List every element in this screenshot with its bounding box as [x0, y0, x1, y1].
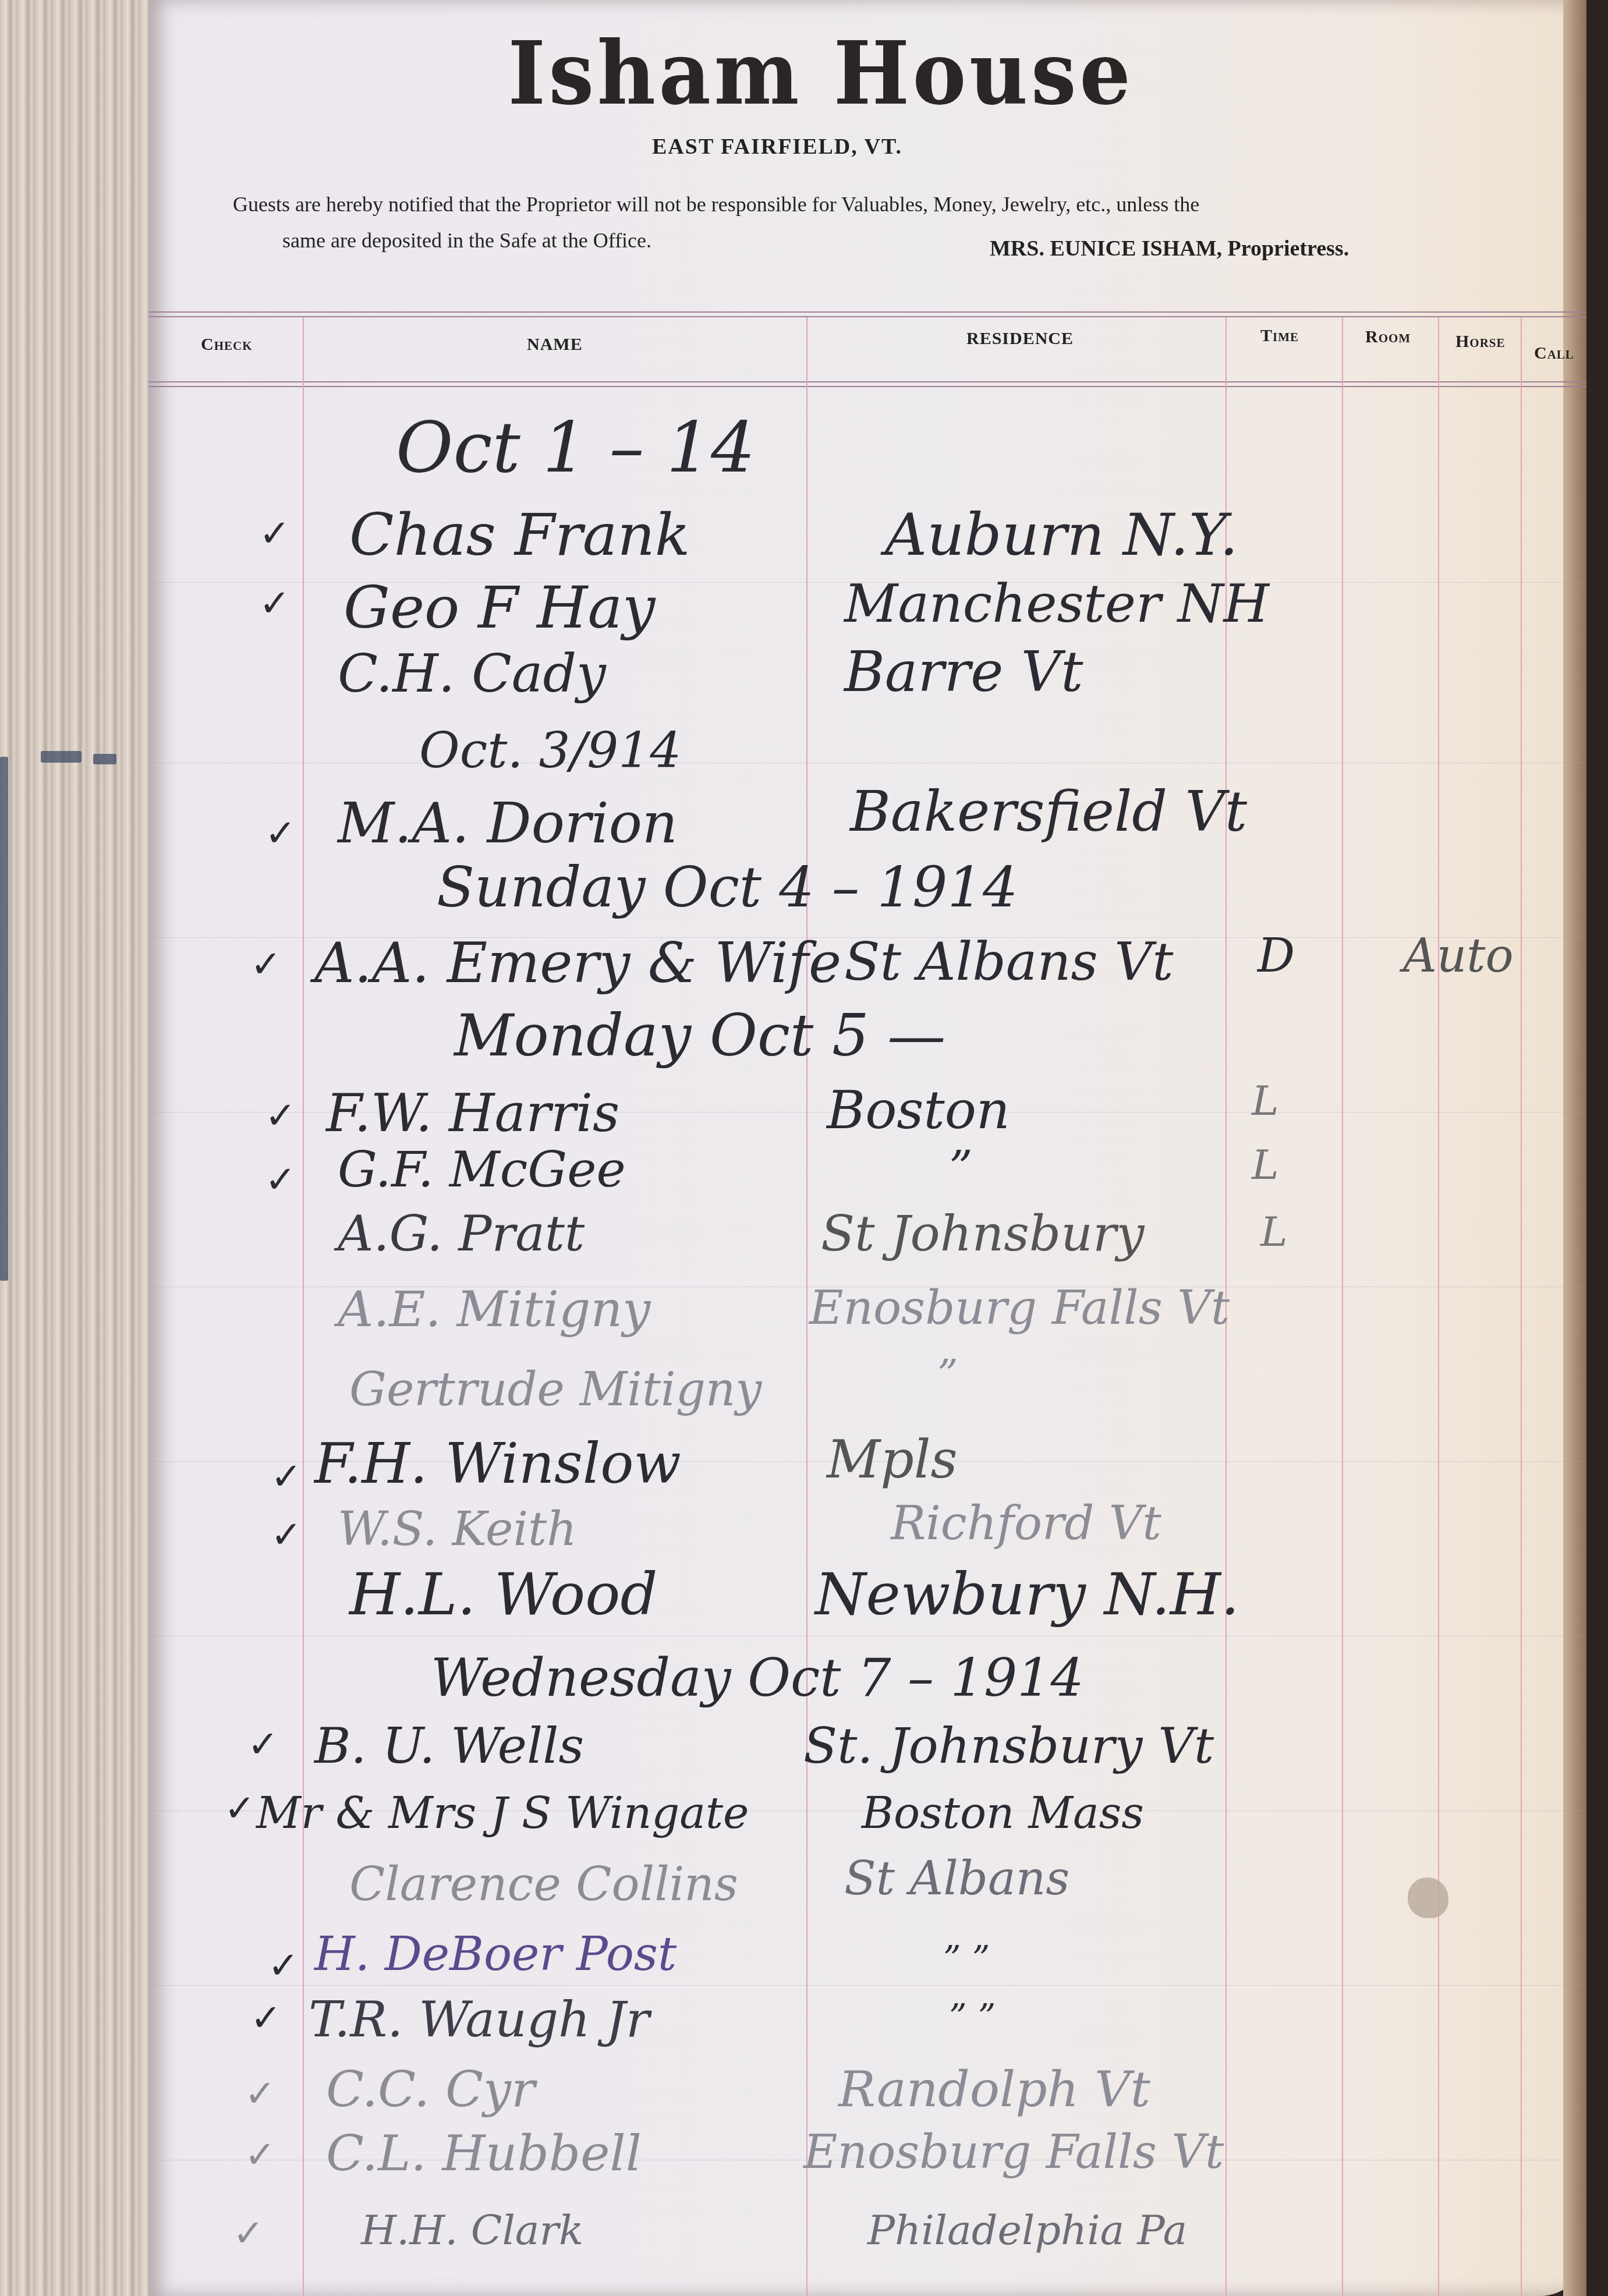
- guest-residence: Manchester NH: [844, 573, 1269, 635]
- proprietor: MRS. EUNICE ISHAM, Proprietress.: [990, 236, 1349, 261]
- column-header-call: Call: [1534, 343, 1574, 363]
- guest-residence: Bakersfield Vt: [850, 780, 1247, 844]
- guest-residence: Randolph Vt: [838, 2061, 1150, 2118]
- guest-name: Mr & Mrs J S Wingate: [256, 1787, 749, 1838]
- guest-residence: Auburn N.Y.: [885, 501, 1238, 569]
- check-mark-icon: ✓: [233, 2212, 264, 2255]
- column-divider: [806, 317, 807, 2296]
- guest-residence: ” ”: [949, 1997, 996, 2038]
- guest-residence: ” ”: [943, 1939, 990, 1979]
- guest-horse: Auto: [1403, 929, 1514, 983]
- check-mark-icon: ✓: [265, 1094, 296, 1138]
- column-divider: [1438, 317, 1439, 2296]
- check-mark-icon: ✓: [250, 943, 282, 986]
- guest-time: L: [1252, 1141, 1278, 1189]
- date-heading: Oct 1 – 14: [396, 408, 755, 488]
- date-heading: Oct. 3/914: [419, 722, 681, 779]
- guest-name: C.H. Cady: [338, 643, 606, 704]
- date-heading: Sunday Oct 4 – 1914: [437, 856, 1018, 920]
- guest-name: A.A. Emery & Wife: [314, 931, 841, 995]
- guest-name: C.C. Cyr: [326, 2061, 535, 2118]
- column-header-check: Check: [201, 335, 253, 355]
- check-mark-icon: ✓: [265, 1158, 296, 1202]
- guest-residence: Richford Vt: [891, 1496, 1161, 1550]
- guest-residence: Newbury N.H.: [815, 1560, 1239, 1628]
- guest-name: H. DeBoer Post: [314, 1927, 677, 1981]
- guest-name: M.A. Dorion: [338, 792, 678, 856]
- guest-name: C.L. Hubbell: [326, 2125, 642, 2182]
- check-mark-icon: ✓: [245, 2134, 276, 2177]
- guest-residence: St Albans: [844, 1851, 1069, 1905]
- check-mark-icon: ✓: [271, 1455, 302, 1498]
- column-header-time: Time: [1260, 326, 1299, 346]
- ink-blot: [1408, 1877, 1448, 1918]
- check-mark-icon: ✓: [265, 812, 296, 855]
- column-header-room: Room: [1365, 327, 1411, 347]
- check-mark-icon: ✓: [268, 1944, 299, 1987]
- guest-name: A.G. Pratt: [338, 1205, 585, 1263]
- guest-residence: St Johnsbury: [821, 1205, 1145, 1263]
- guest-name: Chas Frank: [349, 501, 690, 569]
- header-rule-top: [148, 311, 1586, 317]
- check-mark-icon: ✓: [224, 1787, 256, 1830]
- header-rule-bottom: [148, 381, 1586, 387]
- guest-residence: St. Johnsbury Vt: [803, 1717, 1214, 1775]
- guest-time: D: [1258, 929, 1295, 983]
- guest-residence: St Albans Vt: [844, 931, 1173, 993]
- hotel-title: Isham House: [366, 22, 1276, 125]
- guest-residence: Enosburg Falls Vt: [809, 1281, 1230, 1335]
- guest-name: G.F. McGee: [338, 1141, 626, 1199]
- book-page-edges: [0, 0, 150, 2296]
- guest-residence: ”: [949, 1141, 973, 1195]
- hotel-location: EAST FAIRFIELD, VT.: [652, 134, 902, 160]
- guest-name: H.L. Wood: [349, 1560, 657, 1628]
- guest-name: B. U. Wells: [314, 1717, 584, 1775]
- guest-name: T.R. Waugh Jr: [309, 1991, 650, 2049]
- date-heading: Monday Oct 5 —: [454, 1001, 945, 1069]
- guest-name: Geo F Hay: [343, 573, 656, 642]
- check-mark-icon: ✓: [259, 582, 291, 625]
- guest-name: F.W. Harris: [326, 1083, 619, 1144]
- check-mark-icon: ✓: [250, 1997, 282, 2040]
- guest-residence: Boston: [827, 1080, 1010, 1141]
- guest-name: H.H. Clark: [361, 2206, 583, 2254]
- guest-name: W.S. Keith: [338, 1502, 577, 1556]
- column-divider: [1342, 317, 1343, 2296]
- check-mark-icon: ✓: [245, 2072, 276, 2116]
- notice-line-1: Guests are hereby notified that the Prop…: [233, 193, 1199, 216]
- guest-residence: Enosburg Falls Vt: [803, 2125, 1224, 2179]
- guest-name: F.H. Winslow: [314, 1432, 681, 1496]
- guest-name: Gertrude Mitigny: [349, 1362, 762, 1416]
- guest-residence: Barre Vt: [844, 640, 1083, 704]
- date-heading: Wednesday Oct 7 – 1914: [431, 1647, 1084, 1709]
- check-mark-icon: ✓: [259, 512, 291, 555]
- column-header-horse: Horse: [1455, 332, 1506, 352]
- guest-time: L: [1252, 1077, 1278, 1125]
- column-header-name: NAME: [527, 335, 583, 355]
- column-divider: [1521, 317, 1522, 2296]
- check-mark-icon: ✓: [247, 1723, 279, 1766]
- guest-residence: Philadelphia Pa: [867, 2206, 1187, 2254]
- guest-name: A.E. Mitigny: [338, 1281, 650, 1338]
- guest-residence: ”: [937, 1351, 958, 1398]
- guest-residence: Boston Mass: [862, 1787, 1144, 1838]
- guest-residence: Mpls: [827, 1429, 958, 1490]
- column-header-residence: RESIDENCE: [966, 329, 1074, 349]
- check-mark-icon: ✓: [271, 1514, 302, 1557]
- guest-time: L: [1260, 1208, 1287, 1256]
- guest-name: Clarence Collins: [349, 1857, 738, 1911]
- column-divider: [303, 317, 304, 2296]
